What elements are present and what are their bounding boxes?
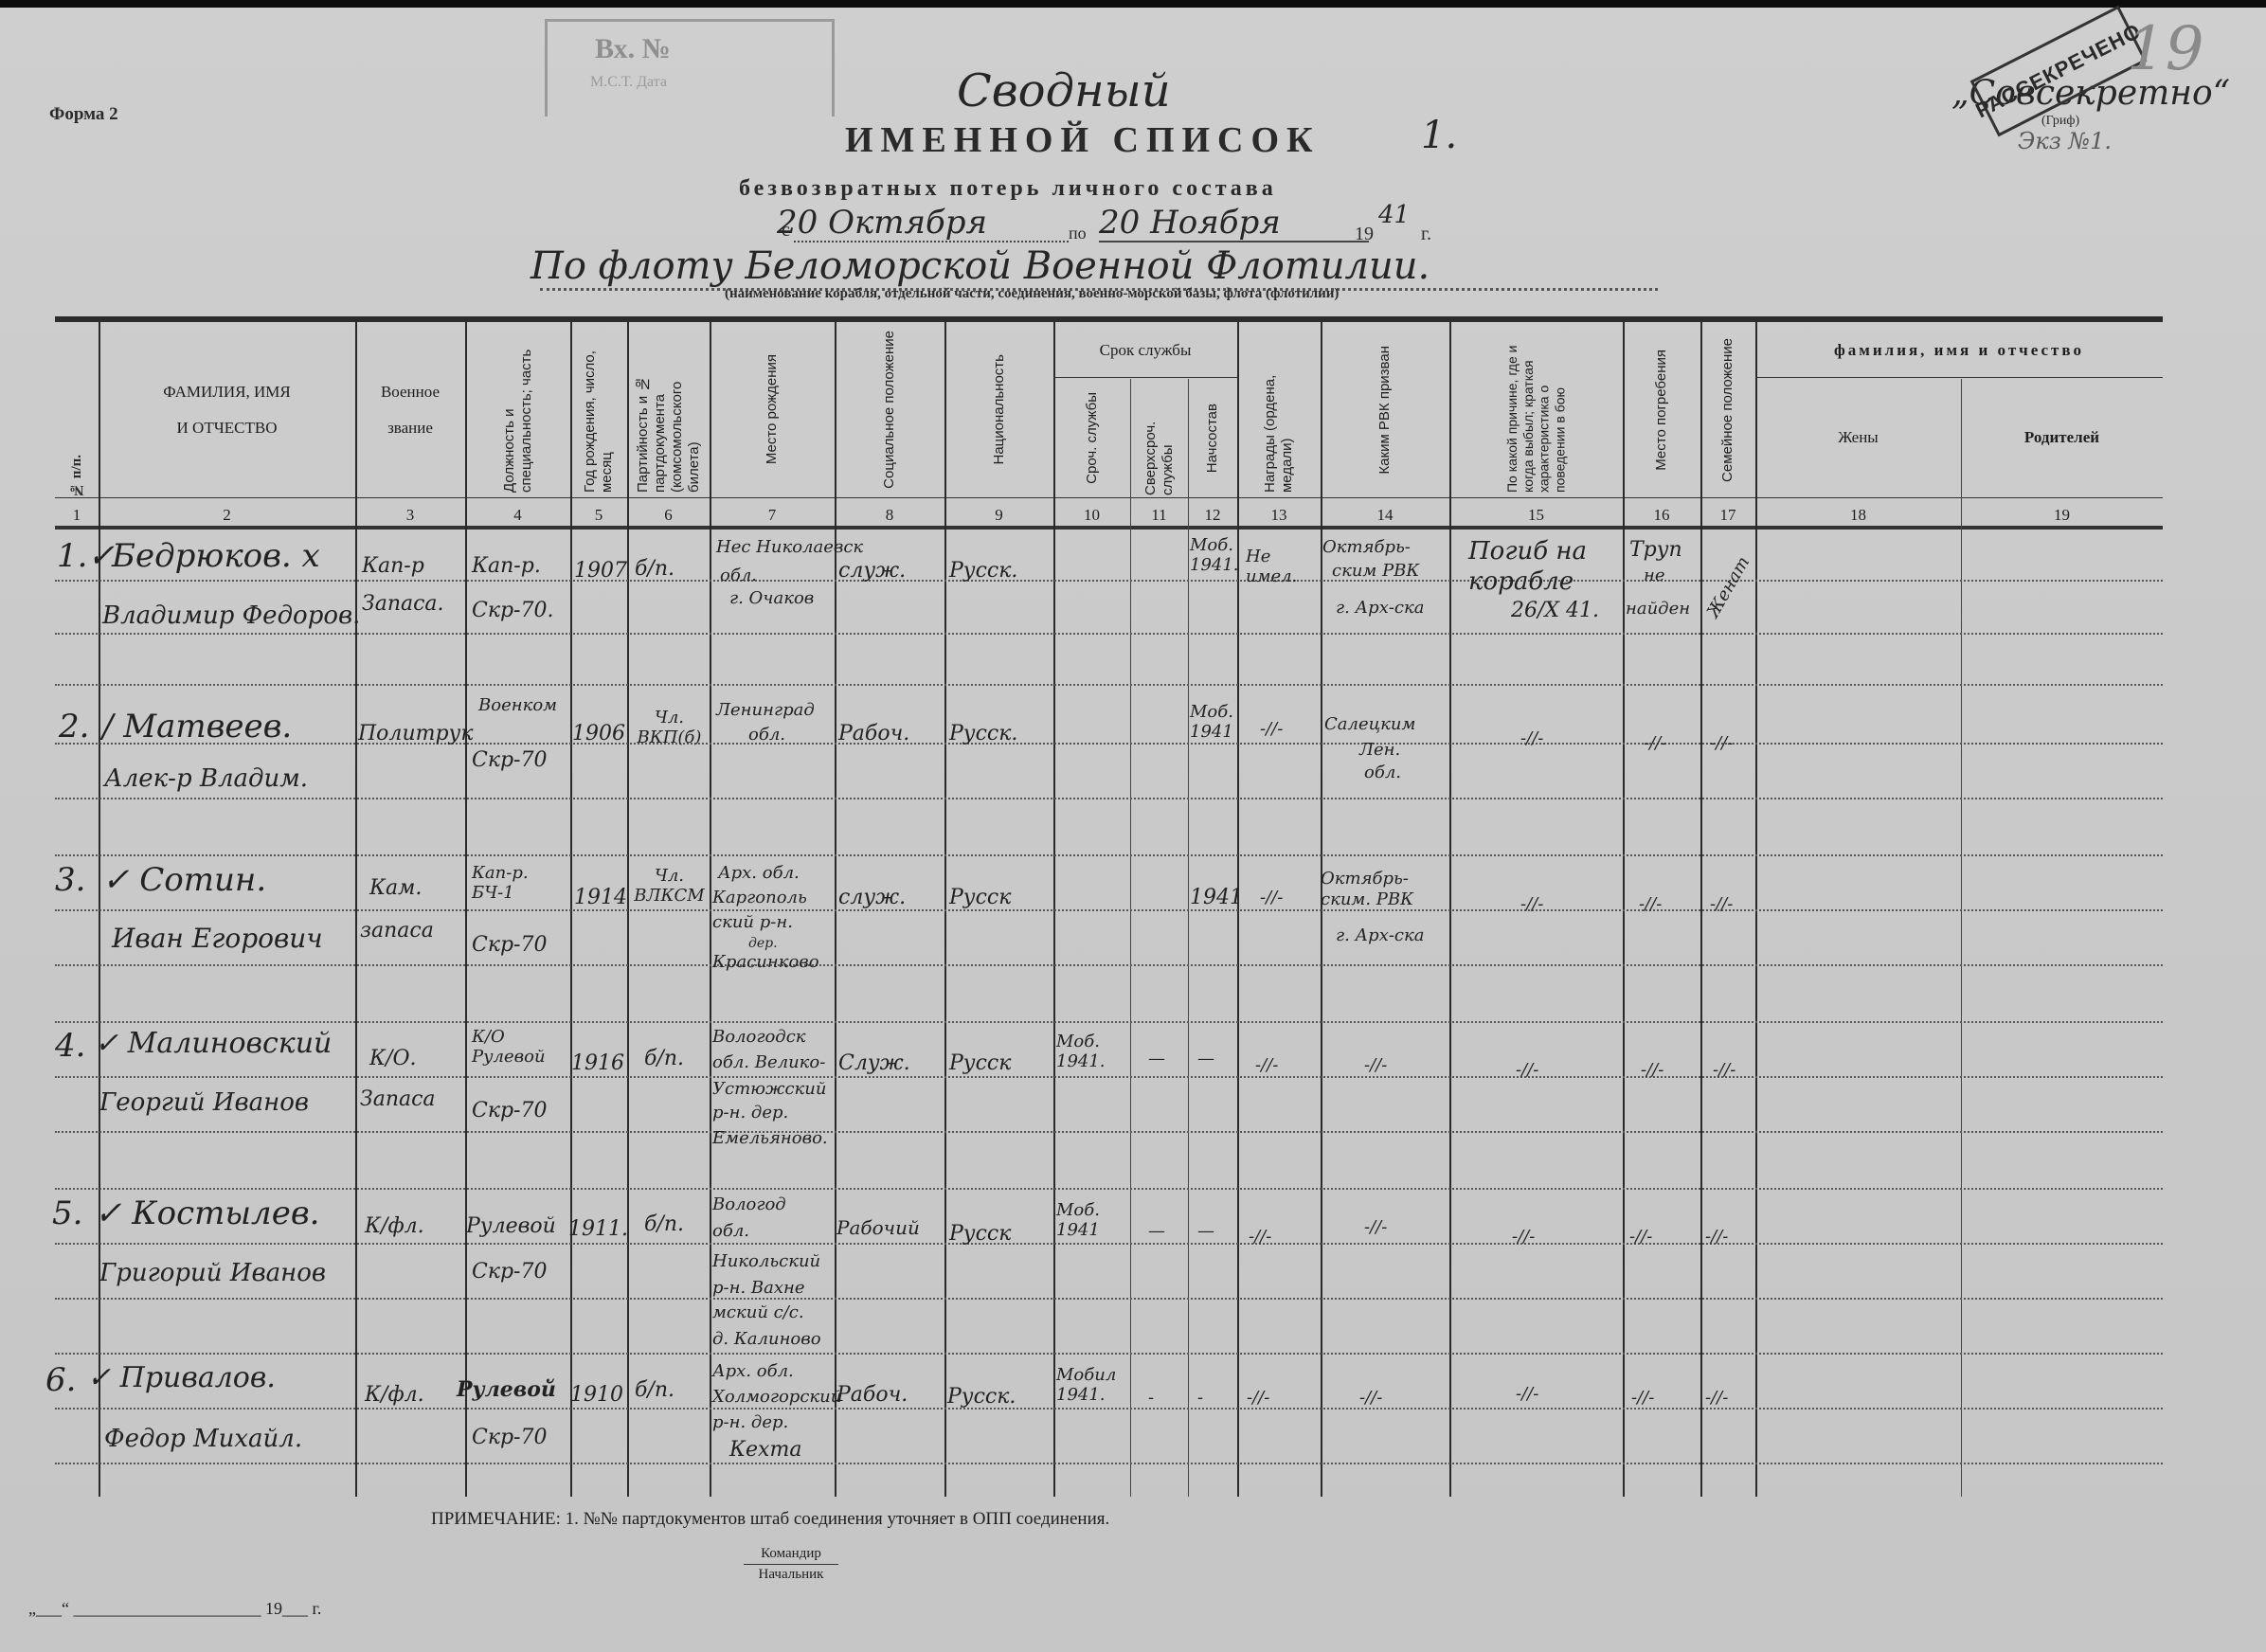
rvk-line: Лен.	[1359, 741, 1400, 761]
family-status: -//-	[1705, 1228, 1728, 1248]
period-year-suffix: г.	[1421, 224, 1431, 245]
header-col-18: Жены	[1838, 427, 1878, 448]
nationality: Русск	[949, 886, 1011, 909]
birthplace-line: Красинково	[712, 953, 819, 973]
extended-service: —	[1148, 1222, 1165, 1242]
birthplace-line: Емельяново.	[712, 1129, 828, 1149]
rank-2: Запаса	[360, 1087, 436, 1111]
birth-year: 1910	[570, 1383, 623, 1407]
unit-name: По флоту Беломорской Военной Флотилии.	[531, 244, 1430, 288]
family-status: -//-	[1713, 1061, 1735, 1081]
col-num: 2	[99, 506, 355, 525]
page-title: ИМЕННОЙ СПИСОК	[845, 119, 1321, 161]
header-col-3: Военное звание	[372, 374, 448, 445]
family-status: -//-	[1705, 1389, 1728, 1409]
family-status: -//-	[1710, 895, 1733, 915]
family-group-rule	[1755, 377, 2163, 378]
col-num: 11	[1130, 506, 1188, 525]
colnum-top-rule	[55, 497, 2163, 498]
awards: -//-	[1260, 889, 1283, 908]
header-col-10: Сроч. службы	[1084, 392, 1101, 484]
header-family-group: фамилия, имя и отчество	[1834, 340, 2084, 361]
rvk-line: Октябрь-	[1321, 870, 1409, 889]
header-col-16: Место погребения	[1653, 350, 1670, 471]
col-num: 14	[1321, 506, 1449, 525]
col-num: 9	[944, 506, 1053, 525]
social-status: Рабоч.	[838, 722, 909, 745]
surname: / Матвеев.	[102, 709, 292, 745]
birthplace-line: Холмогорский	[712, 1388, 841, 1408]
position-2: Скр-70	[472, 933, 547, 957]
col-num: 3	[355, 506, 465, 525]
row-number: 6.	[45, 1362, 76, 1399]
command-service: Моб. 1941	[1190, 703, 1237, 742]
ruled-line	[55, 1131, 2163, 1133]
unit-caption: (наименование корабля, отдельной части, …	[725, 286, 1339, 302]
rvk: -//-	[1359, 1389, 1382, 1409]
burial-line: не	[1644, 566, 1665, 586]
signature-divider	[744, 1564, 838, 1565]
birthplace-line: г. Очаков	[729, 589, 814, 609]
col-num: 6	[627, 506, 710, 525]
rank: Политрук	[358, 722, 473, 745]
rvk-line: ским РВК	[1332, 562, 1419, 582]
ruled-line	[55, 854, 2163, 856]
party: б/п.	[644, 1047, 684, 1070]
form-label: Форма 2	[49, 104, 118, 125]
period-from-line	[794, 241, 1069, 242]
rvk: -//-	[1364, 1056, 1387, 1076]
rank: К/О.	[369, 1047, 416, 1070]
party: б/п.	[635, 557, 674, 581]
rank: К/фл.	[365, 1383, 424, 1407]
col-num: 18	[1755, 506, 1961, 525]
header-col-13: Награды (ордена, медали)	[1262, 327, 1296, 493]
burial-line: найден	[1626, 600, 1690, 619]
period-year: 41	[1378, 201, 1410, 229]
col-divider	[1188, 379, 1189, 1497]
header-col-19: Родителей	[2024, 427, 2099, 448]
birthplace-line: Арх. обл.	[712, 1362, 794, 1382]
birthplace-line: Нес Николаевск	[716, 538, 863, 558]
birth-year: 1916	[571, 1051, 624, 1075]
ruled-line	[55, 1188, 2163, 1190]
col-num: 17	[1700, 506, 1755, 525]
birth-year: 1914	[574, 886, 627, 909]
birth-year: 1907	[574, 559, 627, 583]
period-year-prefix: 19	[1355, 224, 1374, 245]
copy-number: Экз №1.	[2018, 128, 2112, 154]
birthplace-line: дер.	[748, 936, 778, 951]
scan-border	[0, 0, 2266, 8]
row-number: 3.	[55, 862, 85, 899]
birthplace-line: Арх. обл.	[718, 864, 800, 884]
header-col-7: Место рождения	[764, 354, 781, 464]
ruled-line	[55, 580, 2163, 582]
nationality: Русск	[949, 1051, 1011, 1075]
birthplace-line: Кехта	[729, 1438, 801, 1462]
rank: Кам.	[369, 876, 422, 900]
ruled-line	[55, 633, 2163, 635]
header-bottom-rule	[55, 526, 2163, 530]
incoming-stamp: Вх. № М.С.Т. Дата	[545, 19, 835, 117]
ruled-line	[55, 798, 2163, 799]
signature-block: Командир Начальник	[744, 1546, 838, 1583]
rvk-line: обл.	[1364, 763, 1401, 783]
ruled-line	[55, 1076, 2163, 1078]
command-service: 1941	[1190, 886, 1243, 909]
burial-line: Труп	[1629, 538, 1682, 562]
birth-year: 1911.	[568, 1217, 628, 1241]
regular-service: Мобил 1941.	[1056, 1366, 1127, 1405]
command-service: Моб. 1941.	[1190, 536, 1237, 575]
reason: -//-	[1512, 1228, 1535, 1248]
awards: -//-	[1247, 1389, 1269, 1409]
birthplace-line: обл.	[712, 1222, 749, 1242]
period-to: 20 Ноября	[1099, 204, 1281, 242]
position: Кап-р.	[472, 554, 541, 578]
secrecy-caption: (Гриф)	[2041, 114, 2079, 129]
burial: -//-	[1644, 734, 1666, 754]
ruled-line	[55, 964, 2163, 966]
col-divider	[1130, 379, 1131, 1497]
given-name: Владимир Федоров.	[102, 602, 360, 631]
ruled-line	[55, 1353, 2163, 1355]
birthplace-line: обл.	[720, 566, 757, 586]
nationality: Русск.	[949, 559, 1017, 583]
title-handwritten: Сводный	[957, 64, 1171, 117]
birthplace-line: д. Калиново	[712, 1330, 821, 1350]
position-2: Скр-70	[472, 1099, 547, 1122]
birthplace-line: Никольский	[712, 1252, 820, 1272]
surname: Бедрюков. х	[112, 538, 320, 575]
birthplace-line: обл.	[748, 726, 785, 745]
reason: -//-	[1520, 729, 1543, 749]
period-from: 20 Октября	[777, 204, 987, 242]
row-number: 5.	[52, 1195, 82, 1232]
party: Чл. ВЛКСМ	[629, 867, 710, 906]
footnote: ПРИМЕЧАНИЕ: 1. №№ партдокументов штаб со…	[431, 1509, 1109, 1530]
position-2: Скр-70	[472, 748, 547, 772]
position: Рулевой	[466, 1214, 556, 1238]
social-status: Рабоч.	[836, 1383, 908, 1407]
reason: -//-	[1516, 1385, 1538, 1405]
position: К/О Рулевой	[472, 1028, 566, 1067]
col-num: 16	[1623, 506, 1700, 525]
given-name: Иван Егорович	[112, 924, 323, 954]
reason: -//-	[1516, 1061, 1538, 1081]
reason: -//-	[1520, 895, 1543, 915]
birthplace-line: р-н. дер.	[712, 1104, 788, 1123]
list-number: 1.	[1421, 114, 1457, 157]
social-status: Служ.	[838, 1051, 910, 1075]
col-num: 19	[1961, 506, 2163, 525]
col-num: 5	[570, 506, 627, 525]
party: Чл. ВКП(б)	[629, 709, 710, 747]
surname: ✓ Костылев.	[95, 1195, 319, 1232]
party: б/п.	[644, 1212, 684, 1236]
col-num: 4	[465, 506, 570, 525]
social-status: служ.	[838, 559, 906, 583]
position: Кап-р. БЧ-1	[472, 864, 566, 903]
row-number: 4.	[55, 1028, 85, 1065]
header-col-6: Партийность и № партдокумента (комсомоль…	[635, 327, 703, 493]
given-name: Григорий Иванов	[99, 1260, 326, 1288]
period-to-line	[1099, 241, 1369, 242]
header-col-9: Национальность	[991, 354, 1008, 465]
birthplace-line: мский с/с.	[712, 1303, 804, 1323]
position-2: Скр-70	[472, 1426, 547, 1449]
incoming-stamp-sub: М.С.Т. Дата	[590, 74, 667, 91]
ruled-line	[55, 1463, 2163, 1464]
date-line: „___“ ______________________ 19___ г.	[28, 1599, 321, 1619]
social-status: служ.	[838, 886, 906, 909]
page-number: 19	[2127, 14, 2203, 84]
header-col-17: Семейное положение	[1719, 338, 1736, 482]
header-col-14: Каким РВК призван	[1376, 346, 1394, 475]
birthplace-line: Ленинград	[716, 701, 815, 721]
birthplace-line: обл. Велико-	[712, 1053, 825, 1073]
header-service-group: Срок службы	[1100, 340, 1192, 361]
col-divider	[1961, 379, 1962, 1497]
header-col-15: По какой причине, где и когда выбыл; кра…	[1504, 327, 1568, 493]
rvk-line: ским. РВК	[1321, 890, 1413, 910]
col-num: 1	[55, 506, 99, 525]
position: Военком	[478, 696, 557, 716]
ruled-line	[55, 1021, 2163, 1023]
rvk-line: Октябрь-	[1322, 538, 1411, 558]
nationality: Русск.	[947, 1385, 1016, 1409]
chief-label: Начальник	[744, 1567, 838, 1583]
col-num: 13	[1237, 506, 1321, 525]
given-name: Георгий Иванов	[99, 1089, 309, 1118]
rvk-line: г. Арх-ска	[1336, 599, 1425, 619]
regular-service: Моб. 1941	[1056, 1201, 1127, 1240]
position-2: Скр-70.	[472, 599, 553, 622]
service-group-rule	[1053, 377, 1237, 378]
period-to-prefix: по	[1069, 224, 1087, 243]
header-col-5: Год рождения, число, месяц	[582, 327, 616, 493]
ruled-line	[55, 684, 2163, 686]
burial: -//-	[1639, 895, 1662, 915]
col-num: 12	[1188, 506, 1237, 525]
given-name: Федор Михайл.	[104, 1426, 302, 1454]
header-col-11: Сверхсроч. службы	[1142, 382, 1177, 495]
reason-line: Погиб на	[1468, 538, 1587, 566]
ruled-line	[55, 1298, 2163, 1300]
regular-service: Моб. 1941.	[1056, 1032, 1127, 1071]
page-subtitle: безвозвратных потерь личного состава	[739, 176, 1277, 202]
header-col-12: Начсостав	[1204, 404, 1221, 473]
position: Рулевой	[457, 1378, 556, 1402]
nationality: Русск	[949, 1222, 1011, 1246]
header-col-1: № п/п.	[68, 455, 85, 497]
col-num: 8	[835, 506, 944, 525]
party: б/п.	[635, 1378, 674, 1402]
awards: -//-	[1255, 1056, 1278, 1076]
rank: К/фл.	[365, 1214, 424, 1238]
col-num: 10	[1053, 506, 1130, 525]
birthplace-line: Каргополь	[712, 889, 807, 908]
surname: ✓ Малиновский	[95, 1028, 332, 1061]
birthplace-line: Устюжский	[712, 1080, 826, 1100]
surname: ✓ Сотин.	[102, 862, 266, 899]
rvk-line: г. Арх-ска	[1336, 926, 1425, 946]
command-service: —	[1197, 1050, 1214, 1069]
birthplace-line: р-н. Вахне	[712, 1279, 805, 1299]
birthplace-line: ский р-н.	[712, 913, 793, 933]
ruled-line	[55, 1243, 2163, 1245]
col-num: 15	[1449, 506, 1623, 525]
extended-service: —	[1148, 1050, 1165, 1069]
header-col-8: Социальное положение	[881, 331, 898, 489]
surname: ✓ Привалов.	[87, 1362, 276, 1395]
rvk-line: Салецким	[1324, 715, 1415, 735]
header-col-4: Должность и специальность; часть	[501, 327, 535, 493]
awards: -//-	[1260, 720, 1283, 740]
given-name: Алек-р Владим.	[104, 765, 308, 794]
ruled-line	[55, 909, 2163, 911]
col-num: 7	[710, 506, 835, 525]
rank-2: Запаса.	[362, 592, 444, 616]
awards: Не имел.	[1246, 548, 1317, 586]
awards: -//-	[1249, 1228, 1271, 1248]
incoming-number-label: Вх. №	[595, 33, 671, 65]
burial: -//-	[1641, 1061, 1664, 1081]
header-col-2: ФАМИЛИЯ, ИМЯ И ОТЧЕСТВО	[161, 374, 294, 445]
reason-line: 26/X 41.	[1511, 599, 1599, 622]
birth-year: 1906	[572, 722, 625, 745]
birthplace-line: р-н. дер.	[712, 1413, 788, 1433]
commander-label: Командир	[744, 1546, 838, 1562]
row-number: 1.✓	[57, 538, 115, 575]
birthplace-line: Вологод	[712, 1195, 786, 1215]
ruled-line	[55, 1408, 2163, 1410]
social-status: Рабочий	[836, 1217, 920, 1239]
reason-line: корабле	[1468, 568, 1574, 597]
nationality: Русск.	[949, 722, 1017, 745]
rank-2: запаса	[360, 919, 434, 943]
burial: -//-	[1629, 1228, 1652, 1248]
burial: -//-	[1631, 1389, 1654, 1409]
position-2: Скр-70	[472, 1260, 547, 1284]
row-number: 2.	[59, 709, 89, 745]
rvk: -//-	[1364, 1218, 1387, 1238]
birthplace-line: Вологодск	[712, 1028, 806, 1048]
extended-service: -	[1148, 1389, 1154, 1409]
rank: Кап-р	[362, 554, 424, 578]
command-service: —	[1197, 1222, 1214, 1242]
family-status: -//-	[1710, 734, 1733, 754]
command-service: -	[1197, 1389, 1203, 1409]
